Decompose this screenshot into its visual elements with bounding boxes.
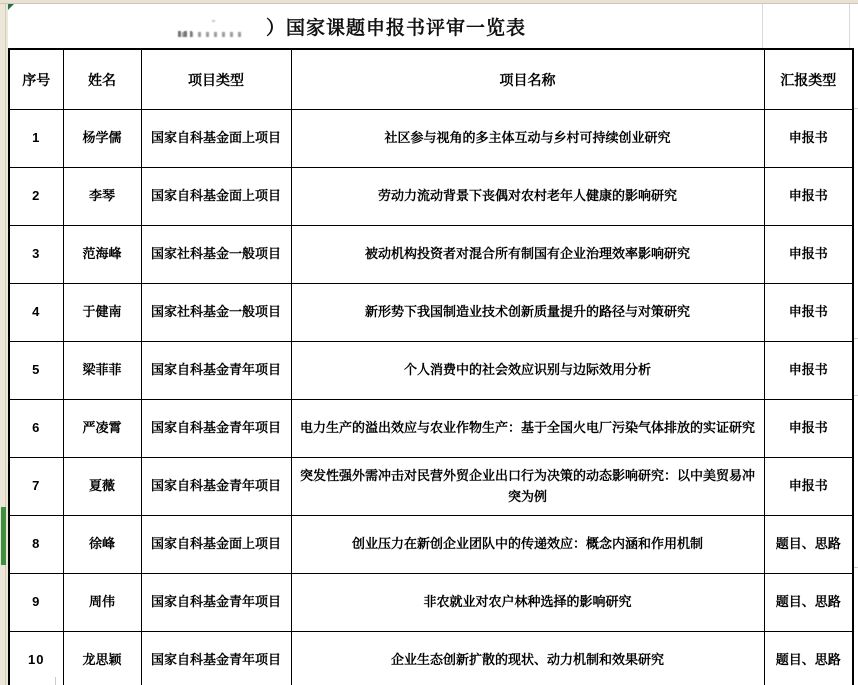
table-row: 1 杨学儒 国家自科基金面上项目 社区参与视角的多主体互动与乡村可持续创业研究 … [9,110,853,168]
title-row: ）国家课题申报书评审一览表 [8,10,853,48]
cell-project-title[interactable]: 被动机构投资者对混合所有制国有企业治理效率影响研究 [291,226,764,284]
cell-seq[interactable]: 10 [9,632,63,685]
cell-report-type[interactable]: 题目、思路 [764,574,853,632]
cell-project-type[interactable]: 国家社科基金一般项目 [141,284,291,342]
cell-project-type[interactable]: 国家自科基金青年项目 [141,400,291,458]
cell-report-type[interactable]: 申报书 [764,342,853,400]
cell-project-type[interactable]: 国家自科基金青年项目 [141,574,291,632]
cell-seq[interactable]: 7 [9,458,63,516]
cell-report-type[interactable]: 申报书 [764,284,853,342]
cell-project-type[interactable]: 国家自科基金面上项目 [141,110,291,168]
table-row: 3 范海峰 国家社科基金一般项目 被动机构投资者对混合所有制国有企业治理效率影响… [9,226,853,284]
cell-name[interactable]: 徐峰 [63,516,141,574]
cell-report-type[interactable]: 申报书 [764,458,853,516]
table-row: 2 李琴 国家自科基金面上项目 劳动力流动背景下丧偶对农村老年人健康的影响研究 … [9,168,853,226]
cell-name[interactable]: 梁菲菲 [63,342,141,400]
table-row: 6 严凌霄 国家自科基金青年项目 电力生产的溢出效应与农业作物生产：基于全国火电… [9,400,853,458]
row8-selection-indicator [1,507,6,565]
cell-project-type[interactable]: 国家社科基金一般项目 [141,226,291,284]
cell-name[interactable]: 杨学儒 [63,110,141,168]
table-row: 10 龙思颖 国家自科基金青年项目 企业生态创新扩散的现状、动力机制和效果研究 … [9,632,853,685]
cell-project-title[interactable]: 非农就业对农户林种选择的影响研究 [291,574,764,632]
cell-name[interactable]: 周伟 [63,574,141,632]
col-header-type[interactable]: 项目类型 [141,49,291,110]
cell-project-title[interactable]: 个人消费中的社会效应识别与边际效用分析 [291,342,764,400]
cell-project-title[interactable]: 劳动力流动背景下丧偶对农村老年人健康的影响研究 [291,168,764,226]
cell-name[interactable]: 龙思颖 [63,632,141,685]
table-row: 7 夏薇 国家自科基金青年项目 突发性强外需冲击对民营外贸企业出口行为决策的动态… [9,458,853,516]
cell-report-type[interactable]: 题目、思路 [764,516,853,574]
col-header-seq[interactable]: 序号 [9,49,63,110]
cell-report-type[interactable]: 申报书 [764,110,853,168]
cell-seq[interactable]: 3 [9,226,63,284]
cell-report-type[interactable]: 申报书 [764,226,853,284]
cell-project-type[interactable]: 国家自科基金青年项目 [141,342,291,400]
cell-project-title[interactable]: 企业生态创新扩散的现状、动力机制和效果研究 [291,632,764,685]
cell-seq[interactable]: 6 [9,400,63,458]
cell-seq[interactable]: 9 [9,574,63,632]
cell-name[interactable]: 范海峰 [63,226,141,284]
cell-name[interactable]: 夏薇 [63,458,141,516]
spreadsheet-screen: ）国家课题申报书评审一览表 序号 姓名 项目类型 项目名称 汇报类型 1 杨学儒… [0,0,858,685]
table-row: 5 梁菲菲 国家自科基金青年项目 个人消费中的社会效应识别与边际效用分析 申报书 [9,342,853,400]
col-header-name[interactable]: 姓名 [63,49,141,110]
cell-seq[interactable]: 5 [9,342,63,400]
cell-name[interactable]: 于健南 [63,284,141,342]
redacted-text-smudge [182,32,246,37]
header-row: 序号 姓名 项目类型 项目名称 汇报类型 [9,49,853,110]
cell-project-title[interactable]: 社区参与视角的多主体互动与乡村可持续创业研究 [291,110,764,168]
col-header-project[interactable]: 项目名称 [291,49,764,110]
cell-seq[interactable]: 1 [9,110,63,168]
table-row: 8 徐峰 国家自科基金面上项目 创业压力在新创企业团队中的传递效应：概念内涵和作… [9,516,853,574]
cell-report-type[interactable]: 题目、思路 [764,632,853,685]
cell-name[interactable]: 严凌霄 [63,400,141,458]
review-table: 序号 姓名 项目类型 项目名称 汇报类型 1 杨学儒 国家自科基金面上项目 社区… [8,48,854,685]
cell-seq[interactable]: 2 [9,168,63,226]
cell-project-title[interactable]: 创业压力在新创企业团队中的传递效应：概念内涵和作用机制 [291,516,764,574]
cell-project-type[interactable]: 国家自科基金面上项目 [141,168,291,226]
cell-report-type[interactable]: 申报书 [764,168,853,226]
table-row: 9 周伟 国家自科基金青年项目 非农就业对农户林种选择的影响研究 题目、思路 [9,574,853,632]
cell-project-type[interactable]: 国家自科基金青年项目 [141,632,291,685]
cell-project-title[interactable]: 电力生产的溢出效应与农业作物生产：基于全国火电厂污染气体排放的实证研究 [291,400,764,458]
col-header-report[interactable]: 汇报类型 [764,49,853,110]
table-body: 1 杨学儒 国家自科基金面上项目 社区参与视角的多主体互动与乡村可持续创业研究 … [9,110,853,685]
cell-name[interactable]: 李琴 [63,168,141,226]
cell-seq[interactable]: 4 [9,284,63,342]
cell-report-type[interactable]: 申报书 [764,400,853,458]
cell-project-type[interactable]: 国家自科基金面上项目 [141,516,291,574]
cell-project-type[interactable]: 国家自科基金青年项目 [141,458,291,516]
cell-project-title[interactable]: 突发性强外需冲击对民营外贸企业出口行为决策的动态影响研究：以中美贸易冲突为例 [291,458,764,516]
gridline-vertical [5,0,6,685]
cell-project-title[interactable]: 新形势下我国制造业技术创新质量提升的路径与对策研究 [291,284,764,342]
page-title: ）国家课题申报书评审一览表 [266,13,526,40]
excel-top-margin [0,0,858,4]
cell-seq[interactable]: 8 [9,516,63,574]
table-row: 4 于健南 国家社科基金一般项目 新形势下我国制造业技术创新质量提升的路径与对策… [9,284,853,342]
excel-left-margin [0,0,8,685]
